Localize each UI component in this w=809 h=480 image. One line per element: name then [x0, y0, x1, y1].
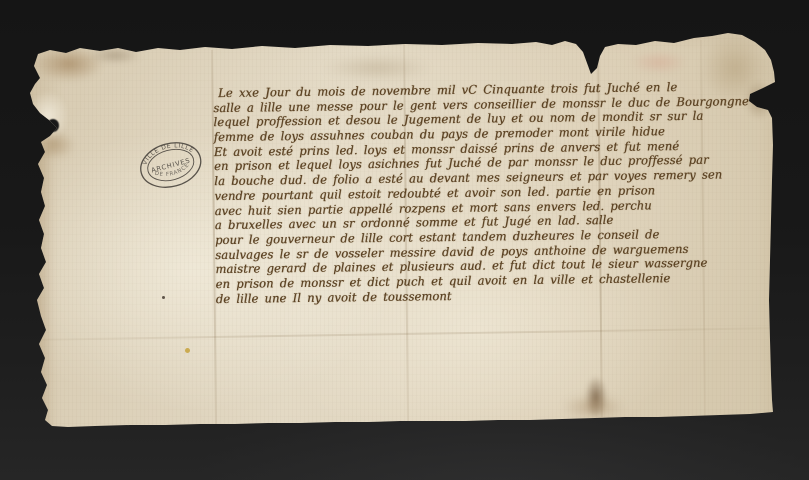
- fleck-yellow: [185, 348, 190, 353]
- photo-backdrop: VILLE DE LILLE ARCHIVES DE FRANCE Le xxe…: [0, 0, 809, 480]
- stain-bottom-soft: [562, 394, 624, 420]
- smudge-top-center: [322, 55, 432, 81]
- stain-pink: [630, 51, 688, 74]
- fleck-dark: [162, 296, 165, 299]
- stain-left-band: [34, 150, 54, 430]
- archive-stamp: VILLE DE LILLE ARCHIVES DE FRANCE: [129, 128, 212, 204]
- manuscript-paper: VILLE DE LILLE ARCHIVES DE FRANCE Le xxe…: [0, 0, 809, 480]
- paper-hole: [47, 119, 59, 132]
- handwritten-text: Le xxe Jour du mois de novembre mil vC C…: [213, 79, 781, 307]
- smudge-top: [88, 47, 142, 64]
